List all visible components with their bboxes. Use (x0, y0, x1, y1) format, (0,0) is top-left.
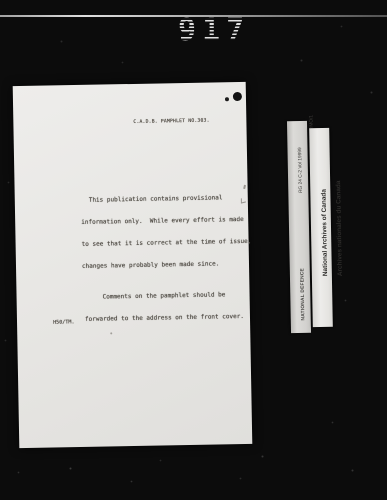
document-line: changes have probably been made since. (82, 260, 252, 271)
document-heading: C.A.D.B. PAMPHLET NO.303. (133, 118, 209, 125)
archives-name-line1: National Archives of Canada (321, 189, 329, 276)
document-body: This publication contains provisional in… (80, 179, 253, 338)
pencil-dot (110, 332, 112, 334)
department-line1: NATIONAL DEFENCE (300, 268, 306, 321)
footer-reference: H50/TM. (53, 319, 75, 325)
document-page: C.A.D.B. PAMPHLET NO.303. This publicati… (13, 82, 253, 448)
microfilm-photo: 917 C.A.D.B. PAMPHLET NO.303. This publi… (0, 0, 387, 500)
file-reference-text: RG 24 C-2 Vol 19999 File/dossier 1-VBM-1… (291, 115, 305, 201)
ink-blot-large (233, 92, 242, 101)
file-reference-line1: RG 24 C-2 Vol 19999 (297, 147, 303, 193)
document-line: This publication contains provisional (81, 194, 251, 205)
archives-name-line2: Archives nationales du Canada (336, 181, 344, 277)
ink-blot-small (225, 97, 229, 101)
archives-label-strip: National Archives of Canada Archives nat… (309, 128, 333, 327)
document-line: information only. While every effort is … (81, 216, 251, 227)
file-reference-label-strip: RG 24 C-2 Vol 19999 File/dossier 1-VBM-1… (287, 121, 311, 333)
document-line: forwarded to the address on the front co… (83, 313, 253, 324)
department-text: NATIONAL DEFENCE DEFENSE NATIONALE (294, 265, 307, 330)
film-frame-number: 917 (178, 13, 250, 48)
document-line: Comments on the pamphlet should be (83, 290, 253, 301)
archives-name-text: National Archives of Canada Archives nat… (313, 181, 330, 287)
document-line: to see that it is correct at the time of… (82, 238, 252, 249)
film-grain (0, 0, 1, 1)
